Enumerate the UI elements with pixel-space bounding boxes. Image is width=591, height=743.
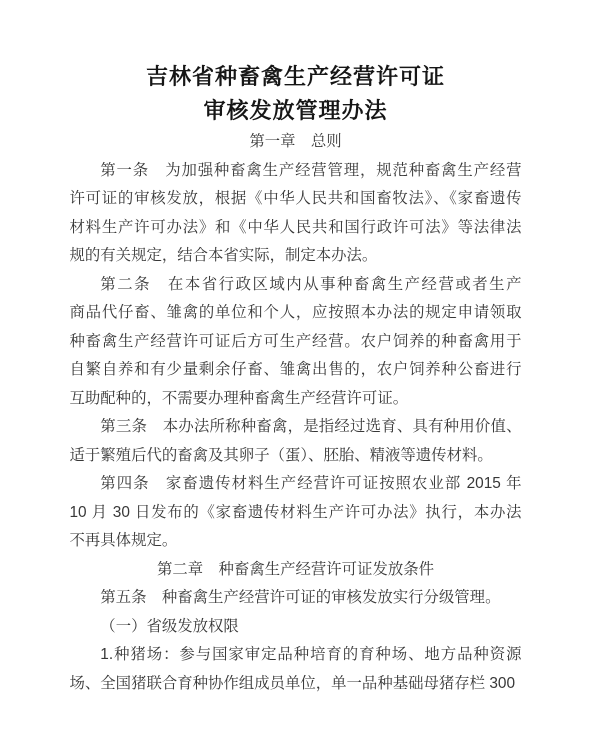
document-line: （一）省级发放权限	[70, 613, 522, 642]
document-line: 互助配种的，不需要办理种畜禽生产经营许可证。	[70, 385, 522, 414]
document-line: 1.种猪场：参与国家审定品种培育的育种场、地方品种资源	[70, 641, 522, 670]
document-line: 场、全国猪联合育种协作组成员单位，单一品种基础母猪存栏 300	[70, 670, 522, 699]
document-line: 自繁自养和有少量剩余仔畜、雏禽出售的，农户饲养种公畜进行	[70, 356, 522, 385]
chapter-heading: 第二章 种畜禽生产经营许可证发放条件	[70, 556, 522, 585]
document-column: 吉林省种畜禽生产经营许可证 审核发放管理办法 第一章 总则第一条 为加强种畜禽生…	[70, 0, 522, 698]
document-title-line-2: 审核发放管理办法	[70, 94, 522, 128]
document-line: 不再具体规定。	[70, 527, 522, 556]
document-line: 商品代仔畜、雏禽的单位和个人，应按照本办法的规定申请领取	[70, 299, 522, 328]
document-line: 适于繁殖后代的畜禽及其卵子（蛋）、胚胎、精液等遗传材料。	[70, 442, 522, 471]
document-line: 第一条 为加强种畜禽生产经营管理，规范种畜禽生产经营	[70, 157, 522, 186]
document-line: 第二条 在本省行政区域内从事种畜禽生产经营或者生产	[70, 271, 522, 300]
document-line: 第三条 本办法所称种畜禽，是指经过选育、具有种用价值、	[70, 413, 522, 442]
document-line: 第五条 种畜禽生产经营许可证的审核发放实行分级管理。	[70, 584, 522, 613]
document-flow: 第一章 总则第一条 为加强种畜禽生产经营管理，规范种畜禽生产经营许可证的审核发放…	[70, 128, 522, 698]
document-page: 吉林省种畜禽生产经营许可证 审核发放管理办法 第一章 总则第一条 为加强种畜禽生…	[0, 0, 591, 743]
document-line: 10 月 30 日发布的《家畜遗传材料生产许可办法》执行，本办法	[70, 499, 522, 528]
document-line: 种畜禽生产经营许可证后方可生产经营。农户饲养的种畜禽用于	[70, 328, 522, 357]
document-line: 规的有关规定，结合本省实际，制定本办法。	[70, 242, 522, 271]
document-line: 许可证的审核发放，根据《中华人民共和国畜牧法》、《家畜遗传	[70, 185, 522, 214]
document-line: 材料生产许可办法》和《中华人民共和国行政许可法》等法律法	[70, 214, 522, 243]
document-title-line-1: 吉林省种畜禽生产经营许可证	[70, 60, 522, 94]
document-line: 第四条 家畜遗传材料生产经营许可证按照农业部 2015 年	[70, 470, 522, 499]
chapter-heading: 第一章 总则	[70, 128, 522, 157]
